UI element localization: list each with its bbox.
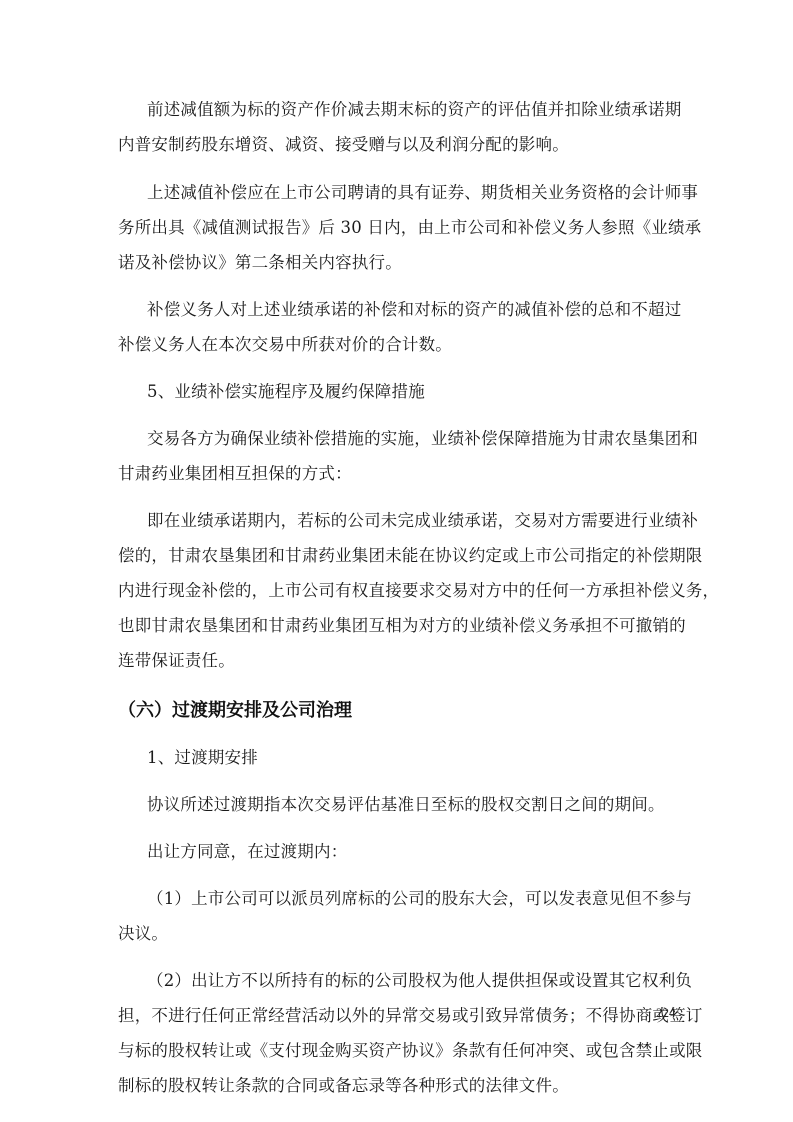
subsection-title: 1、过渡期安排	[147, 748, 683, 768]
paragraph-line: 上述减值补偿应在上市公司聘请的具有证券、期货相关业务资格的会计师事	[147, 183, 683, 203]
paragraph-line: 补偿义务人在本次交易中所获对价的合计数。	[118, 335, 683, 355]
section-heading: （六）过渡期安排及公司治理	[118, 700, 352, 722]
paragraph-line: 决议。	[118, 924, 683, 944]
paragraph-line: 诺及补偿协议》第二条相关内容执行。	[118, 253, 683, 273]
paragraph-line: 也即甘肃农垦集团和甘肃药业集团互相为对方的业绩补偿义务承担不可撤销的	[118, 616, 683, 636]
document-page: 前述减值额为标的资产作价减去期末标的资产的评估值并扣除业绩承诺期 内普安制药股东…	[0, 0, 793, 1122]
paragraph-line: （2）出让方不以所持有的标的公司股权为他人提供担保或设置其它权利负	[147, 971, 683, 991]
paragraph-line: 制标的股权转让条款的合同或备忘录等各种形式的法律文件。	[118, 1076, 683, 1096]
paragraph-line: 内进行现金补偿的，上市公司有权直接要求交易对方中的任何一方承担补偿义务，	[118, 581, 683, 601]
paragraph-line: 即在业绩承诺期内，若标的公司未完成业绩承诺，交易对方需要进行业绩补	[147, 511, 683, 531]
paragraph-line: 协议所述过渡期指本次交易评估基准日至标的股权交割日之间的期间。	[147, 795, 683, 815]
subsection-title: 5、业绩补偿实施程序及履约保障措施	[147, 382, 683, 402]
paragraph-line: 补偿义务人对上述业绩承诺的补偿和对标的资产的减值补偿的总和不超过	[147, 300, 683, 320]
paragraph-line: 务所出具《减值测试报告》后 30 日内，由上市公司和补偿义务人参照《业绩承	[118, 218, 683, 238]
paragraph-line: 担，不进行任何正常经营活动以外的异常交易或引致异常债务；不得协商或签订	[118, 1006, 683, 1026]
paragraph-line: （1）上市公司可以派员列席标的公司的股东大会，可以发表意见但不参与	[147, 889, 683, 909]
paragraph-line: 偿的，甘肃农垦集团和甘肃药业集团未能在协议约定或上市公司指定的补偿期限	[118, 546, 683, 566]
paragraph-line: 甘肃药业集团相互担保的方式：	[118, 464, 683, 484]
page-number: 224	[656, 1005, 676, 1021]
paragraph-line: 内普安制药股东增资、减资、接受赠与以及利润分配的影响。	[118, 135, 683, 155]
paragraph-line: 交易各方为确保业绩补偿措施的实施，业绩补偿保障措施为甘肃农垦集团和	[147, 429, 683, 449]
paragraph-line: 出让方同意，在过渡期内：	[147, 842, 683, 862]
paragraph-line: 连带保证责任。	[118, 651, 683, 671]
paragraph-line: 与标的股权转让或《支付现金购买资产协议》条款有任何冲突、或包含禁止或限	[118, 1041, 683, 1061]
paragraph-line: 前述减值额为标的资产作价减去期末标的资产的评估值并扣除业绩承诺期	[147, 100, 683, 120]
